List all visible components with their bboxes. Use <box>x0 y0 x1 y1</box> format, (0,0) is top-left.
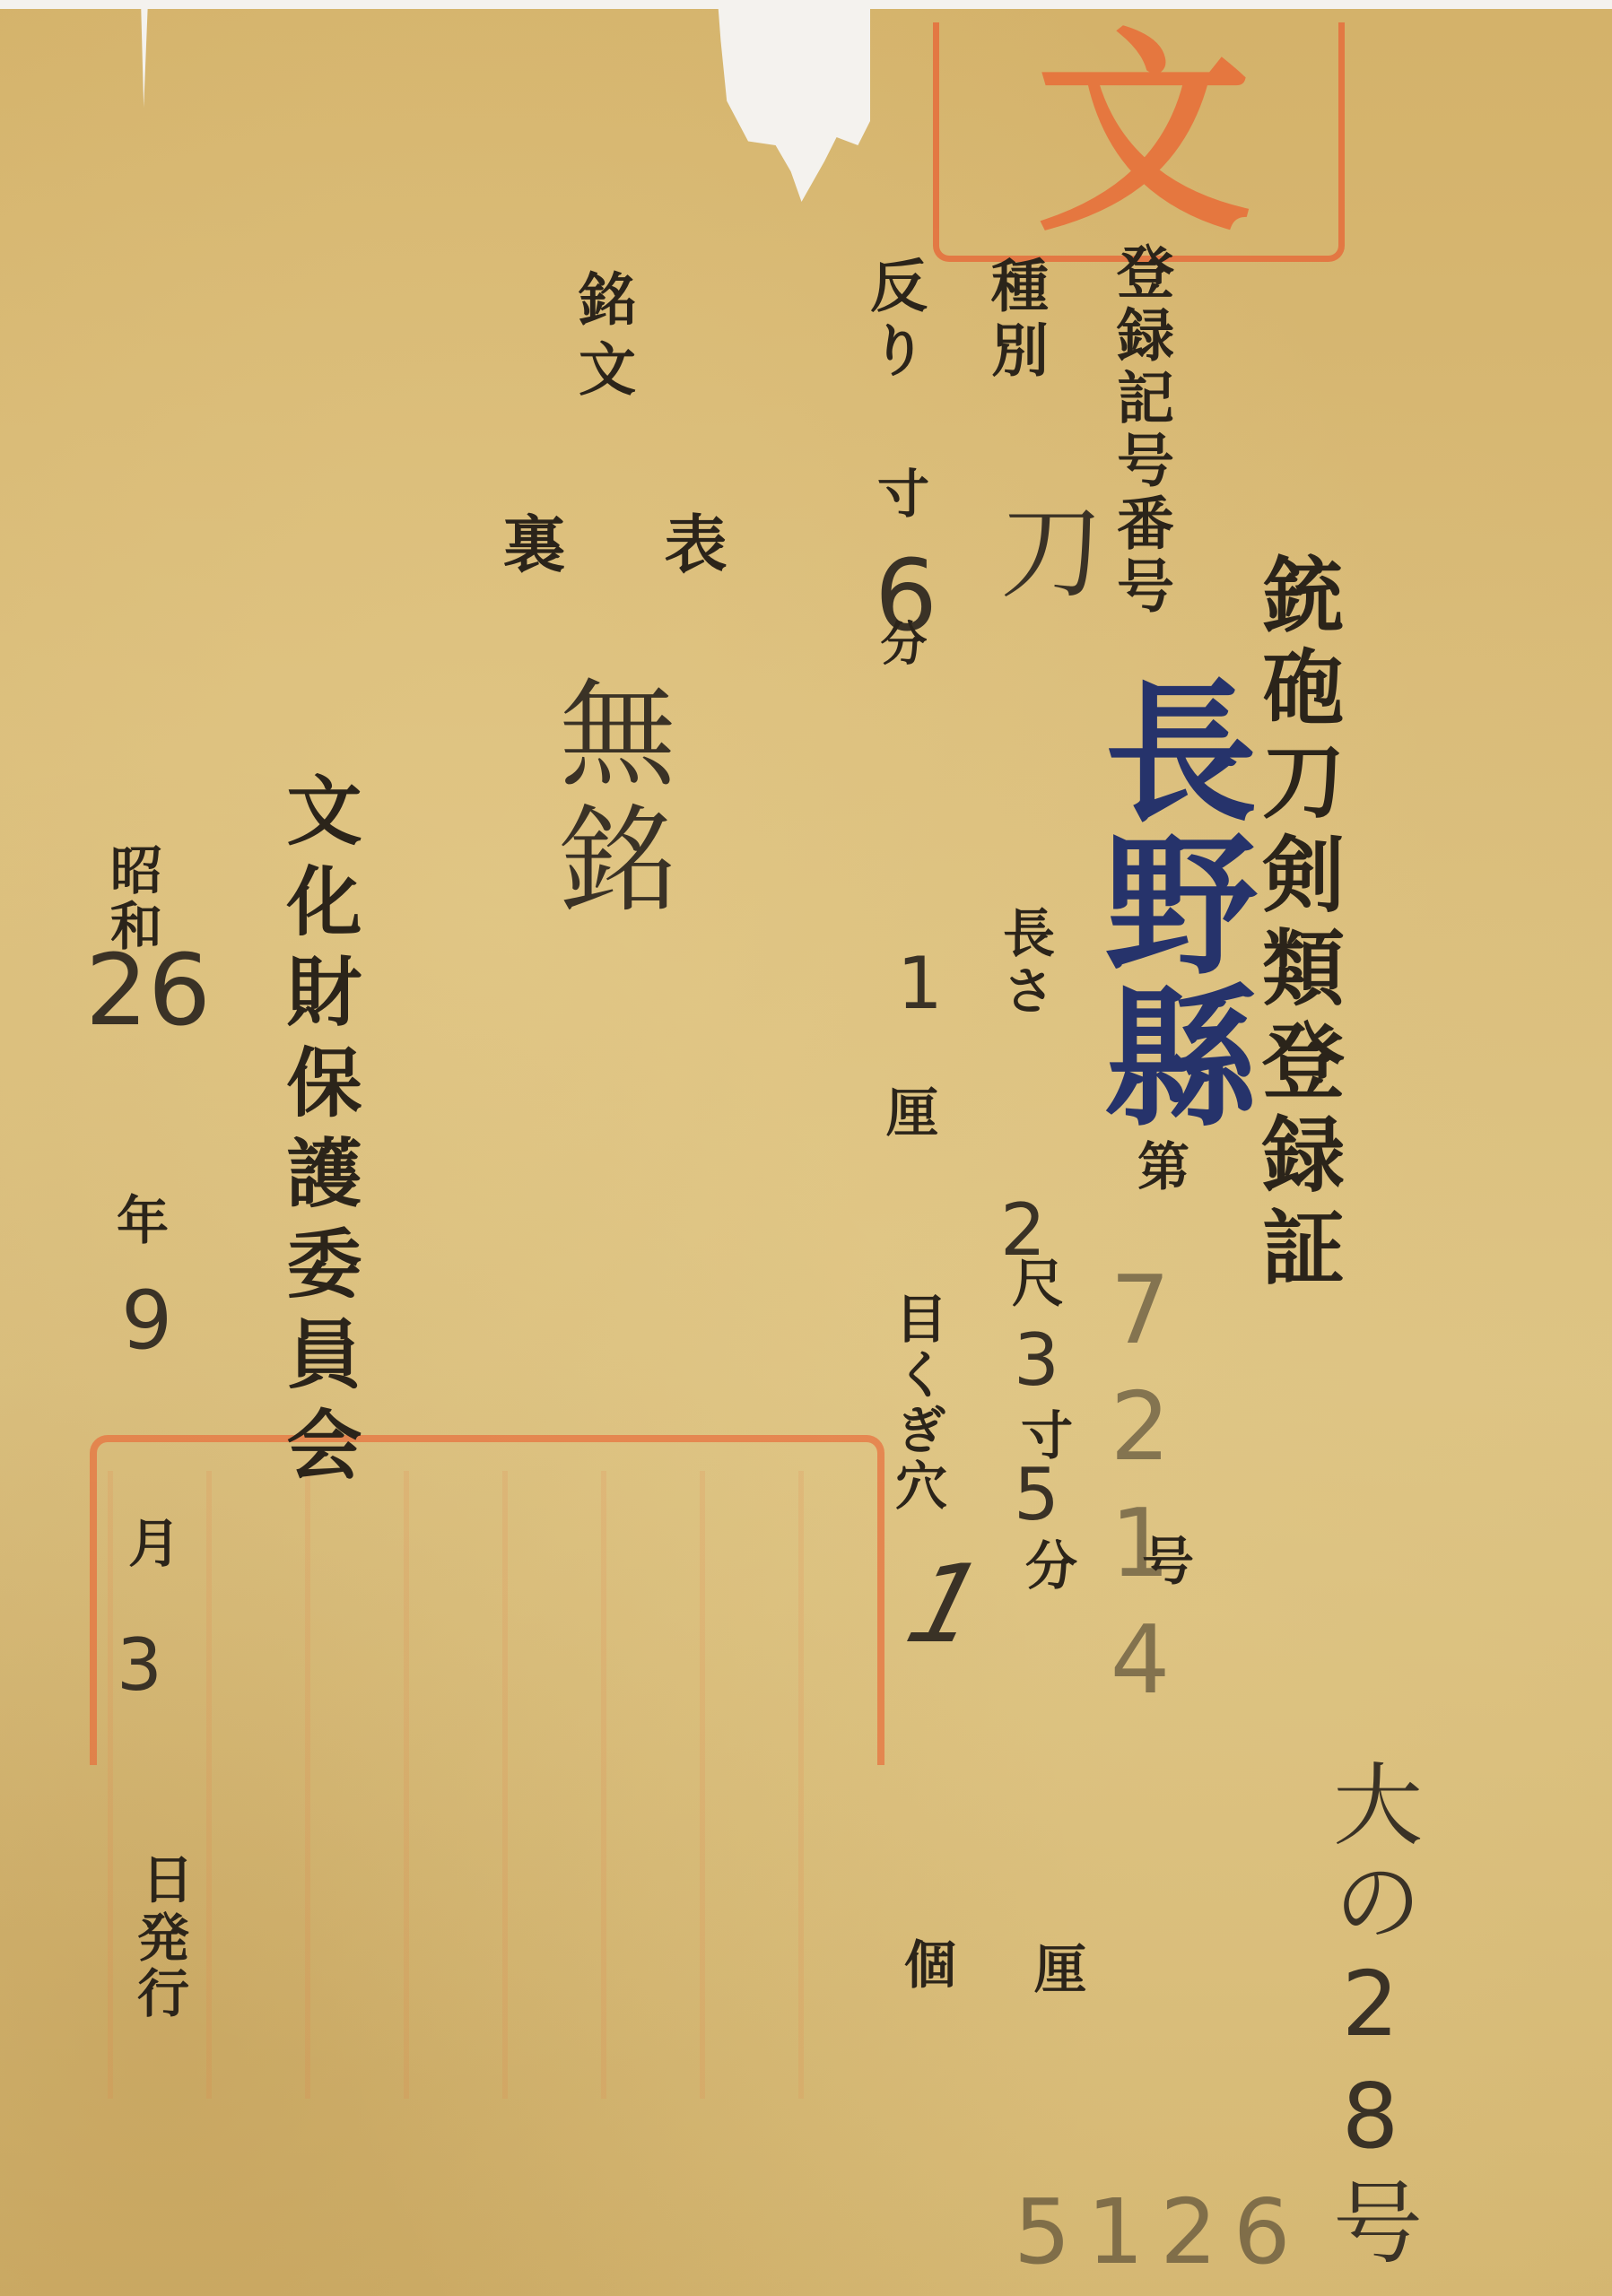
length-bu-value: 5 <box>1014 1453 1059 1536</box>
curvature-bu-unit: 分 <box>866 619 933 665</box>
handwritten-note-right: 大の28号 <box>1305 1758 1434 2273</box>
curvature-rin-unit: 厘 <box>870 1085 945 1137</box>
type-label: 種別 <box>973 256 1056 385</box>
inscription-back-label: 裏 <box>484 511 575 574</box>
curvature-rin-value: 1 <box>897 942 943 1025</box>
date-day-unit: 日 <box>126 1852 201 1904</box>
curvature-label: 反り <box>852 256 935 385</box>
date-year: 26 <box>85 933 211 1048</box>
date-day: 3 <box>117 1623 162 1707</box>
length-label: 長さ <box>987 906 1062 1021</box>
number-suffix: 号 <box>1126 1534 1201 1586</box>
issuer: 文化財保護委員会 <box>265 771 373 1496</box>
curvature-sun-unit: 寸 <box>861 466 937 518</box>
registration-number-value: 7214 <box>1085 1256 1195 1722</box>
inscription-value: 無銘 <box>525 673 693 924</box>
date-month-unit: 月 <box>112 1516 187 1568</box>
number-prefix: 第 <box>1121 1139 1197 1191</box>
length-shaku-unit: 尺 <box>996 1256 1071 1308</box>
date-month: 9 <box>121 1274 172 1368</box>
mekugi-label: 目くぎ穴 <box>879 1291 954 1514</box>
inscription-label: 銘文 <box>561 269 643 409</box>
length-sun-value: 3 <box>1014 1318 1059 1402</box>
length-bu-unit: 分 <box>1009 1538 1085 1590</box>
date-issued: 発行 <box>121 1910 196 2022</box>
handwritten-note-bottom: 5126 <box>1014 2179 1307 2284</box>
length-rin-unit: 厘 <box>1018 1942 1094 1994</box>
type-value: 刀 <box>969 498 1117 601</box>
mekugi-unit: 個 <box>888 1937 963 1989</box>
date-year-unit: 年 <box>100 1193 176 1245</box>
prefecture-stamp: 長野縣 <box>1059 673 1278 1130</box>
top-seal-char: 文 <box>996 27 1292 242</box>
inscription-front-label: 表 <box>646 511 736 574</box>
issuer-seal-fill <box>108 1471 843 2099</box>
